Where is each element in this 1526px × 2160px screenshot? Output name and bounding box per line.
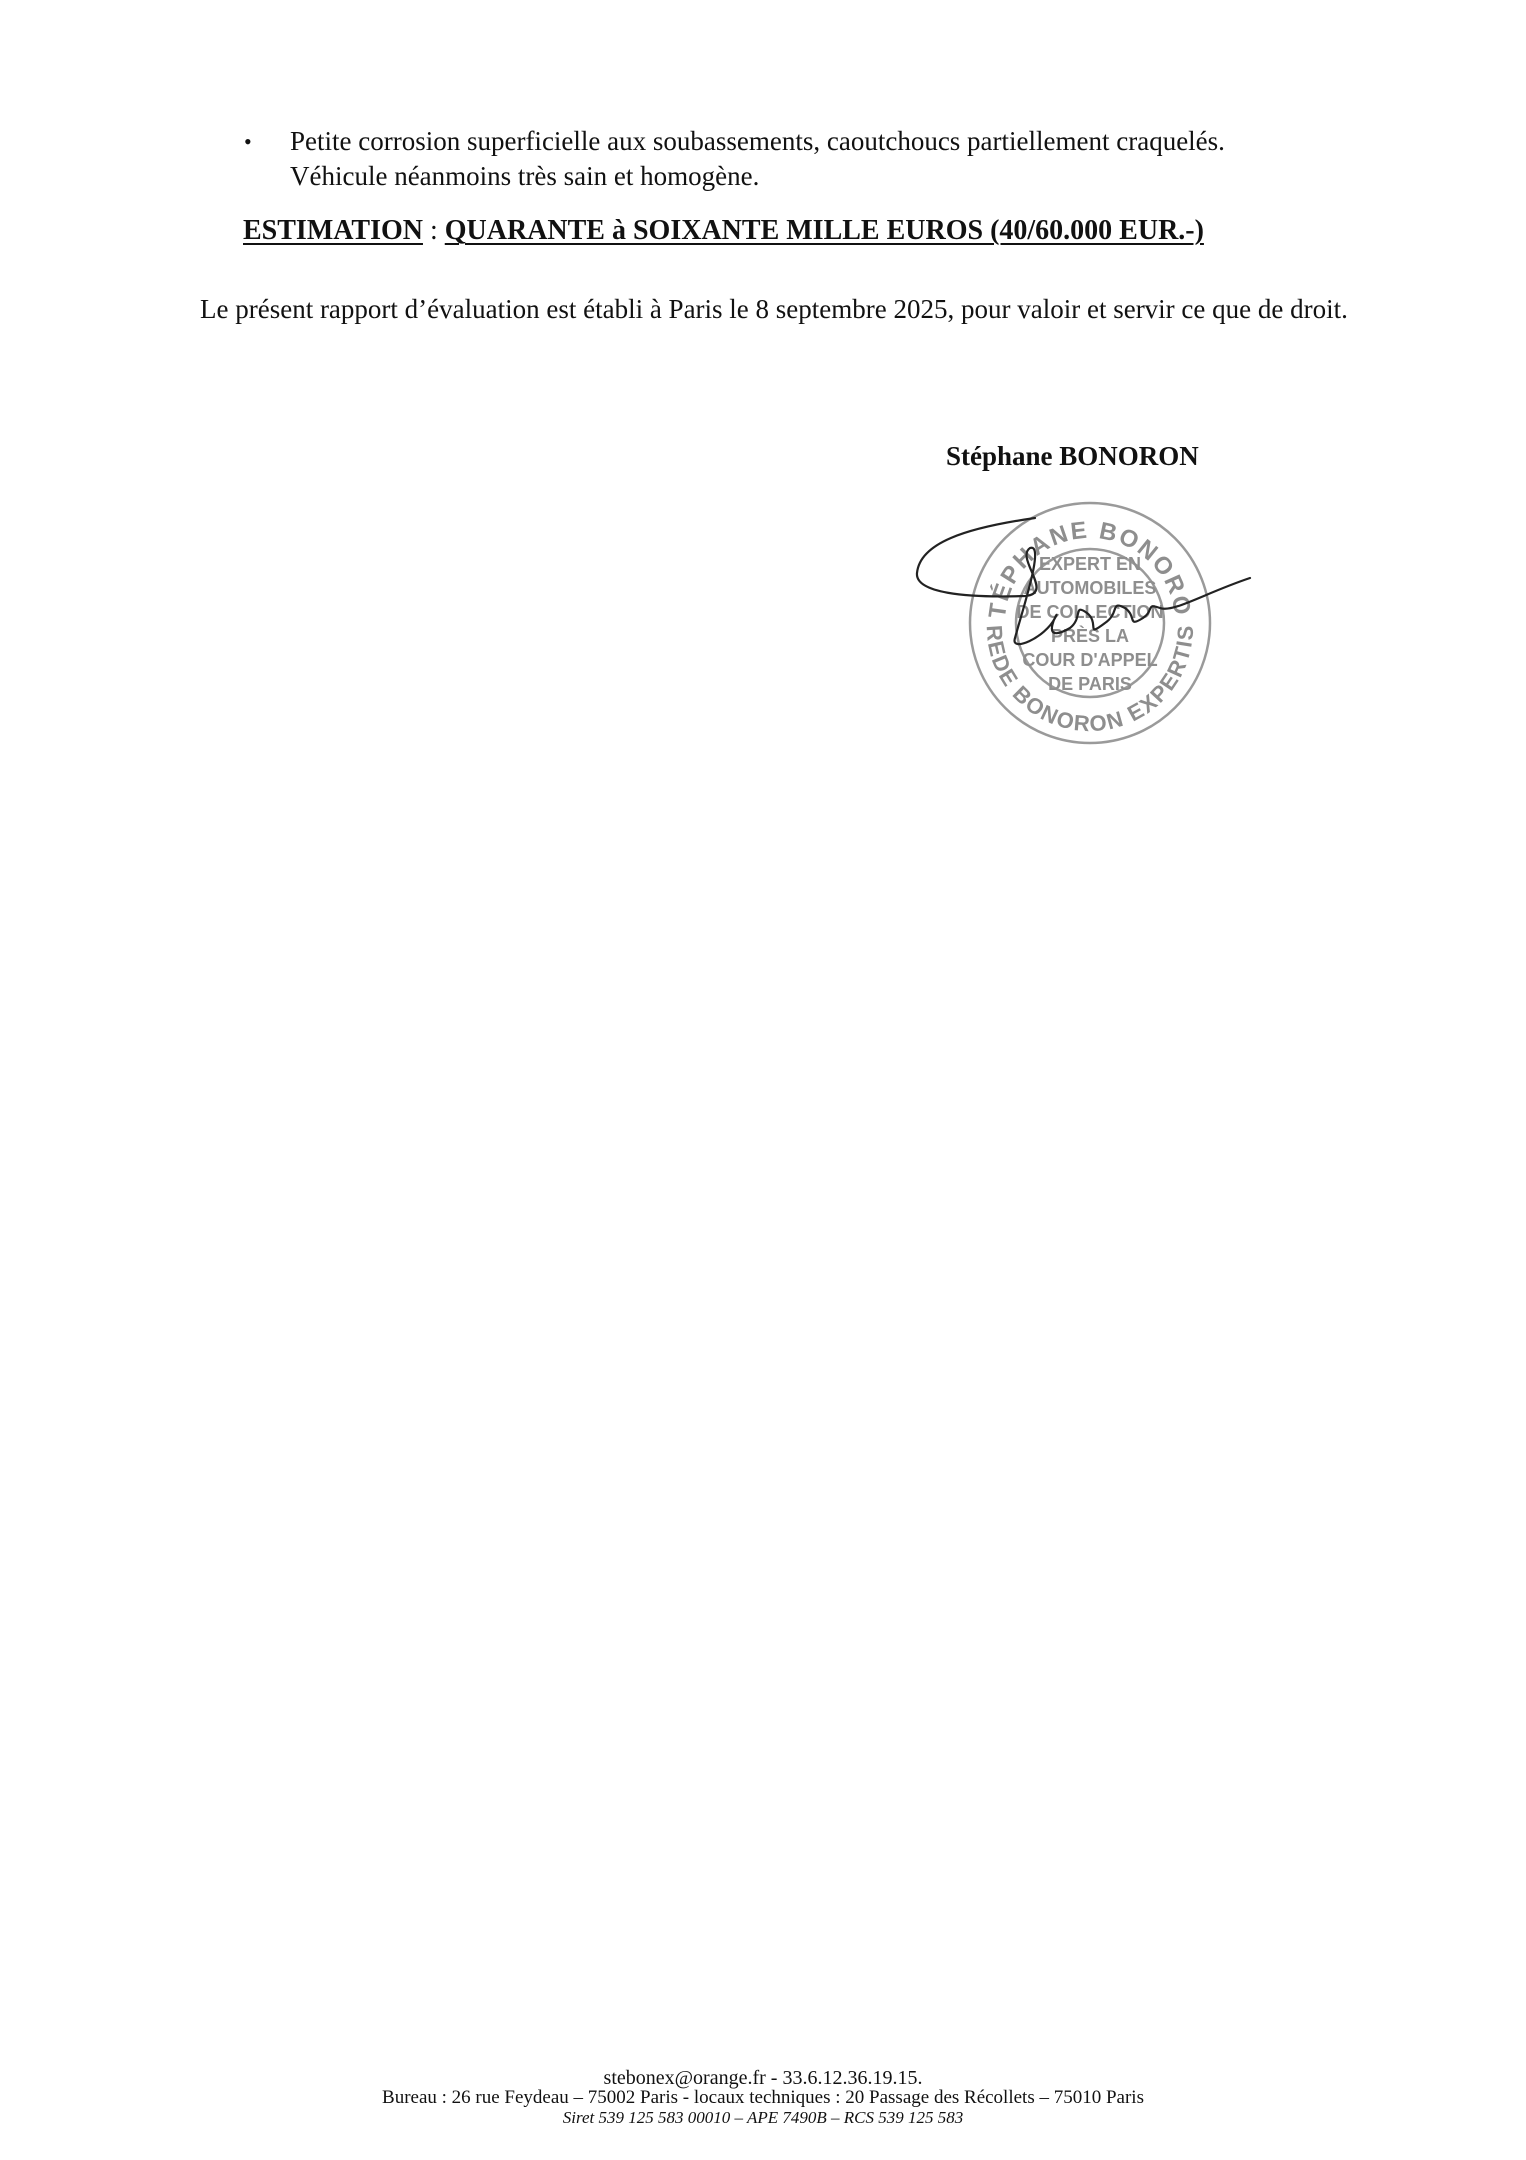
- signatory-name: Stéphane BONORON: [946, 441, 1199, 472]
- stamp-inner-line: COUR D'APPEL: [1022, 650, 1157, 670]
- footer-address: Bureau : 26 rue Feydeau – 75002 Paris - …: [0, 2088, 1526, 2108]
- bullet-item: Petite corrosion superficielle aux souba…: [290, 124, 1225, 194]
- stamp-inner-line: DE PARIS: [1048, 674, 1132, 694]
- stamp-inner-line: EXPERT EN: [1039, 554, 1141, 574]
- closing-paragraph: Le présent rapport d’évaluation est étab…: [200, 292, 1360, 327]
- footer-contact: stebonex@orange.fr - 33.6.12.36.19.15.: [0, 2068, 1526, 2088]
- stamp-inner-line: PRÈS LA: [1051, 625, 1129, 646]
- bullet-item-line-2: Véhicule néanmoins très sain et homogène…: [290, 159, 1225, 194]
- bullet-item-line-1: Petite corrosion superficielle aux souba…: [290, 124, 1225, 159]
- estimation-label: ESTIMATION: [243, 215, 423, 246]
- estimation-line: ESTIMATION : QUARANTE à SOIXANTE MILLE E…: [243, 213, 1204, 248]
- bullet-marker: •: [244, 124, 252, 159]
- footer-legal: Siret 539 125 583 00010 – APE 7490B – RC…: [0, 2108, 1526, 2128]
- estimation-separator: :: [423, 215, 445, 246]
- estimation-value: QUARANTE à SOIXANTE MILLE EUROS (40/60.0…: [445, 215, 1204, 246]
- stamp-and-signature-icon: STÉPHANE BONORON CEREDE BONORON EXPERTIS…: [905, 488, 1265, 758]
- stamp-inner-line: AUTOMOBILES: [1024, 578, 1157, 598]
